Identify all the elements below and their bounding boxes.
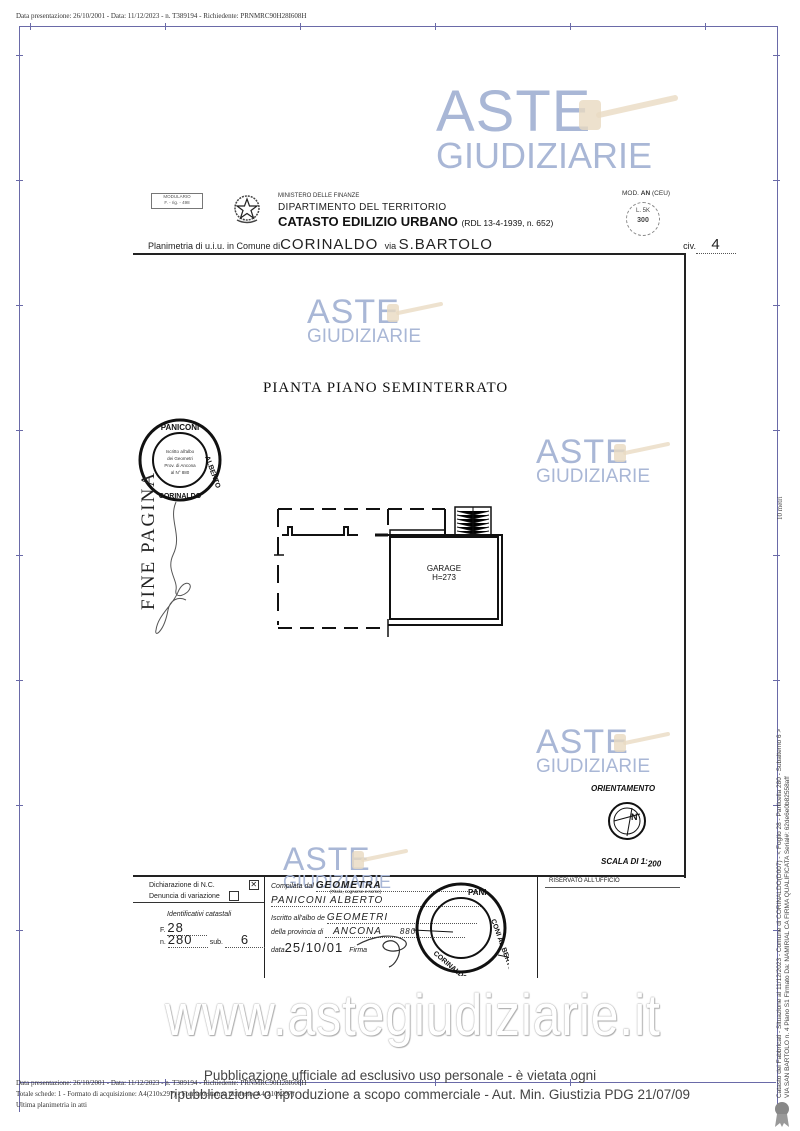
dichiarazione-checkbox[interactable]: ✕ <box>249 880 259 890</box>
svg-text:dei Geometri: dei Geometri <box>167 456 193 461</box>
date-value: 25/10/01 <box>285 940 344 955</box>
frame-tick <box>773 180 780 181</box>
frame-tick <box>773 305 780 306</box>
dichiarazione-row: Dichiarazione di N.C. ✕ <box>149 880 259 890</box>
gavel-icon <box>612 728 672 756</box>
frame-tick <box>16 680 23 681</box>
compilata-hint: (Titolo, cognome e nome) <box>330 889 381 894</box>
compass-north-icon: N <box>606 800 648 842</box>
scale-mark-label: 10 metri <box>776 496 784 520</box>
fee-stamp: L. 5K 300 <box>626 202 660 236</box>
catasto-title: CATASTO EDILIZIO URBANO (RDL 13-4-1939, … <box>278 214 553 229</box>
svg-text:Prov. di Ancona: Prov. di Ancona <box>164 463 196 468</box>
civ-value: 4 <box>711 236 720 253</box>
professional-stamp-right: PANI CONI AL BERTO CORINALDO <box>413 880 509 976</box>
footer-line-3: Ultima planimetria in atti <box>16 1101 87 1109</box>
data-row: data25/10/01 Firma <box>271 940 367 955</box>
form-divider <box>133 902 264 903</box>
mod-an-label: MOD. AN (CEU) <box>622 190 670 197</box>
frame-tick <box>300 23 301 30</box>
frame-tick <box>16 555 23 556</box>
gavel-icon <box>575 90 680 135</box>
svg-text:H=273: H=273 <box>432 573 456 582</box>
side-firma-info: VIA SAN BARTOLO n. 4 Piano S1 Firmato Da… <box>784 776 791 1098</box>
form-divider <box>545 887 680 888</box>
italian-emblem-icon <box>232 193 262 225</box>
comune-value: CORINALDO <box>280 236 378 253</box>
iscritto-value: GEOMETRI <box>327 912 388 923</box>
frame-tick <box>16 805 23 806</box>
frame-tick <box>773 555 780 556</box>
dipartimento-label: DIPARTIMENTO DEL TERRITORIO <box>278 202 447 213</box>
floor-plan-title: PIANTA PIANO SEMINTERRATO <box>263 380 508 397</box>
svg-text:N: N <box>631 812 638 822</box>
svg-text:Iscritto all'albo: Iscritto all'albo <box>166 449 195 454</box>
gavel-icon <box>350 845 410 873</box>
gavel-icon <box>385 298 445 326</box>
frame-tick <box>773 680 780 681</box>
frame-tick <box>773 430 780 431</box>
signature-scribble <box>148 500 208 640</box>
svg-text:CORINALDO: CORINALDO <box>159 493 202 500</box>
header-info: Data presentazione: 26/10/2001 - Data: 1… <box>16 12 306 20</box>
orientamento-label: ORIENTAMENTO <box>591 784 655 793</box>
particella-value: 280 <box>168 932 193 947</box>
signature-scribble <box>355 925 415 970</box>
frame-tick <box>16 305 23 306</box>
frame-tick <box>16 430 23 431</box>
scale-label: SCALA DI 1:200 <box>601 857 661 869</box>
side-catasto-info: Catasto dei Fabbricati - Situazione al 1… <box>776 729 783 1098</box>
svg-text:PANICONI: PANICONI <box>161 423 200 432</box>
gavel-icon <box>612 438 672 466</box>
ministero-label: MINISTERO DELLE FINANZE <box>278 193 359 199</box>
footer-line-1: Data presentazione: 26/10/2001 - Data: 1… <box>16 1079 306 1087</box>
svg-text:al N° 880: al N° 880 <box>171 470 190 475</box>
form-divider <box>537 876 538 978</box>
frame-tick <box>30 23 31 30</box>
modulario-box: MODULARIO F. - rig. - 498 <box>151 193 203 209</box>
svg-text:GARAGE: GARAGE <box>427 564 461 573</box>
frame-tick <box>16 55 23 56</box>
frame-tick <box>16 180 23 181</box>
form-divider <box>264 876 265 978</box>
riservato-label: RISERVATO ALL'UFFICIO <box>549 878 620 884</box>
denuncia-row: Denuncia di variazione <box>149 891 239 901</box>
floor-plan-drawing: GARAGE H=273 <box>270 495 510 640</box>
frame-tick <box>570 23 571 30</box>
frame-tick <box>165 23 166 30</box>
sub-value: 6 <box>241 932 249 947</box>
via-value: S.BARTOLO <box>399 236 493 253</box>
planimetria-line: Planimetria di u.i.u. in Comune diCORINA… <box>148 236 683 254</box>
footer-line-2: Totale schede: 1 - Formato di acquisizio… <box>16 1090 294 1098</box>
identificativi-label: Identificativi catastali <box>167 911 231 918</box>
website-watermark: www.astegiudiziarie.it <box>165 982 661 1049</box>
frame-tick <box>435 23 436 30</box>
frame-tick <box>16 930 23 931</box>
scale-value: 200 <box>648 860 661 869</box>
drawing-sheet-bottom <box>133 875 686 877</box>
frame-tick <box>705 23 706 30</box>
svg-text:PANI: PANI <box>468 888 487 897</box>
particella-row: n. 280 sub. 6 <box>160 932 265 948</box>
denuncia-checkbox[interactable] <box>229 891 239 901</box>
frame-tick <box>773 55 780 56</box>
certificate-ribbon-icon <box>772 1100 792 1128</box>
nome-value: PANICONI ALBERTO <box>271 895 383 906</box>
